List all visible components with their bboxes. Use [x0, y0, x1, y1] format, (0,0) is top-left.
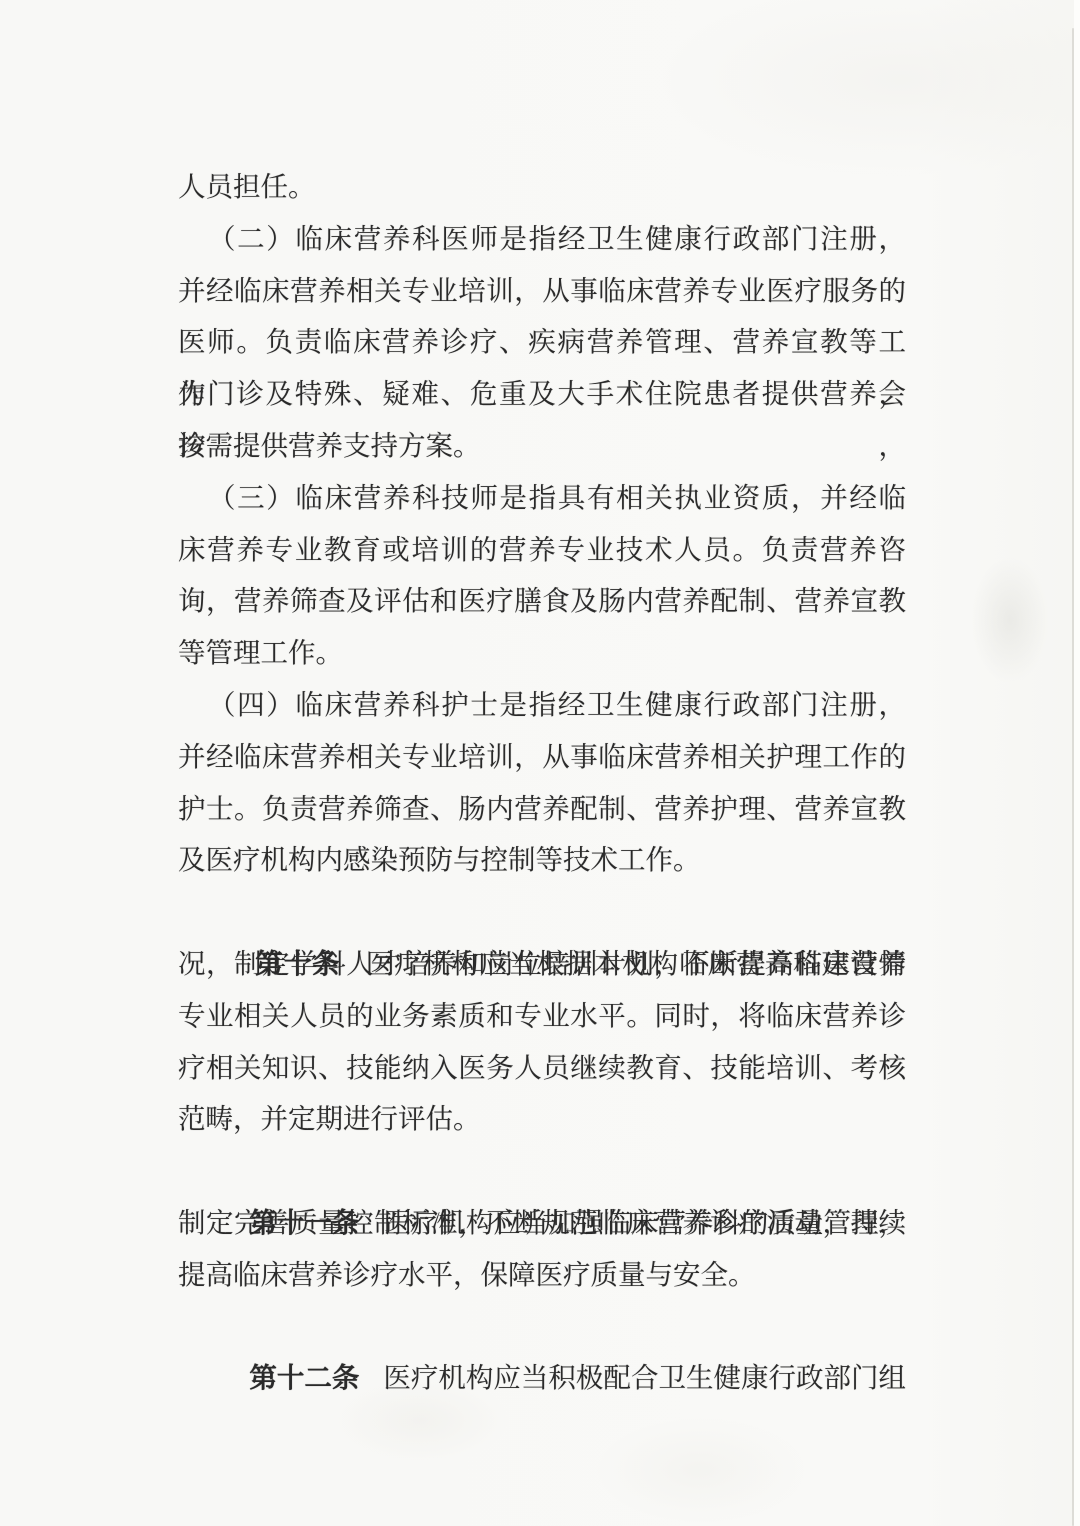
text-line: 人员担任。 — [178, 161, 906, 213]
text-line: 及医疗机构内感染预防与控制等技术工作。 — [178, 834, 906, 886]
text-line: 提高临床营养诊疗水平，保障医疗质量与安全。 — [178, 1249, 906, 1301]
text-line: 等管理工作。 — [178, 627, 906, 679]
text-line: 床营养专业教育或培训的营养专业技术人员。负责营养咨 — [178, 524, 906, 576]
text-line: 询，营养筛查及评估和医疗膳食及肠内营养配制、营养宣教 — [178, 575, 906, 627]
text-line: 并经临床营养相关专业培训，从事临床营养相关护理工作的 — [178, 731, 906, 783]
text-line: 医师。负责临床营养诊疗、疾病营养管理、营养宣教等工作， — [178, 316, 906, 368]
text-line: 制定完善质量控制标准，不断规范临床营养诊疗活动，持续 — [178, 1197, 906, 1249]
text-line: （二）临床营养科医师是指经卫生健康行政部门注册， — [178, 213, 906, 265]
text-line: 疗相关知识、技能纳入医务人员继续教育、技能培训、考核 — [178, 1042, 906, 1094]
text-line: 第十条医疗机构应当根据本机构临床营养科建设情 — [178, 886, 906, 938]
text-line: （四）临床营养科护士是指经卫生健康行政部门注册， — [178, 679, 906, 731]
text-line: 护士。负责营养筛查、肠内营养配制、营养护理、营养宣教 — [178, 783, 906, 835]
text-line: 范畴，并定期进行评估。 — [178, 1093, 906, 1145]
text-line: （三）临床营养科技师是指具有相关执业资质，并经临 — [178, 472, 906, 524]
text-line: 第十一条医疗机构应当加强临床营养科的质量管理， — [178, 1145, 906, 1197]
document-page: 人员担任。 （二）临床营养科医师是指经卫生健康行政部门注册， 并经临床营养相关专… — [0, 0, 1080, 1526]
scan-edge-strip — [1074, 0, 1080, 1526]
text-line: 为门诊及特殊、疑难、危重及大手术住院患者提供营养会诊， — [178, 368, 906, 420]
text-line: 专业相关人员的业务素质和专业水平。同时，将临床营养诊 — [178, 990, 906, 1042]
text-line: 第十二条医疗机构应当积极配合卫生健康行政部门组 — [178, 1301, 906, 1353]
article-number: 第十二条 — [249, 1362, 359, 1393]
scan-edge-line — [1072, 28, 1074, 1526]
text-line: 并经临床营养相关专业培训，从事临床营养专业医疗服务的 — [178, 265, 906, 317]
article-text: 医疗机构应当积极配合卫生健康行政部门组 — [383, 1362, 906, 1393]
document-text-block: 人员担任。 （二）临床营养科医师是指经卫生健康行政部门注册， 并经临床营养相关专… — [178, 161, 906, 1352]
text-line: 况，制定学科人才培养和岗位培训计划，不断提高临床营养 — [178, 938, 906, 990]
